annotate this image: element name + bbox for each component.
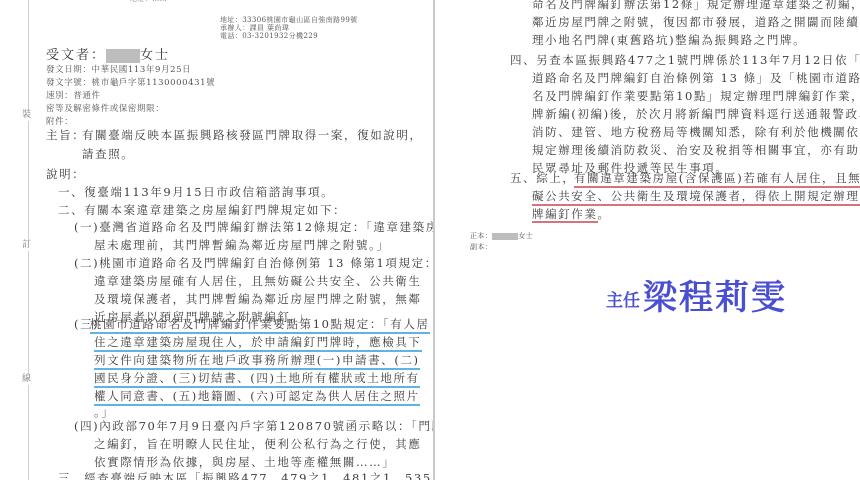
sub-item-3-highlighted: 國民身分證、(三)切結書、(四)土地所有權狀或土地所有 (94, 370, 420, 388)
sub-item-3-highlighted: 桃園市道路命名及門牌編釘作業要點第10點規定：「有人居 (90, 316, 430, 334)
explanation-item-5-end: 牌編釘作業。 (532, 206, 611, 222)
explanation-label: 說明： (46, 166, 85, 182)
security-level: 密等及解密條件或保密期限： (46, 103, 164, 116)
subject-line: 請查照。 (82, 146, 134, 162)
sub-item-3-highlighted: 列文件向建築物所在地戶政事務所辦理(一)申請書、(二) (94, 352, 420, 370)
sub-item-2-cont: 及環境保護者，其門牌暫編為鄰近房屋門牌之附號，無鄰 (94, 291, 422, 307)
explanation-item-3: 三、經查臺端反映本區「振興路477、479之1、481之1、535之1 (58, 470, 434, 480)
sub-item-1-cont: 屋未處理前，其門牌暫編為鄰近房屋門牌之附號。」 (94, 237, 390, 253)
redacted-name (492, 233, 518, 240)
recipient-label: 受文者： (46, 48, 106, 63)
redacted-name (106, 49, 140, 63)
sub-item-4-cont: 依實際情形為依據，與房屋、土地等產權無關……」 (94, 454, 395, 470)
binding-char: 裝 (22, 110, 31, 121)
sub-item-4: (四)內政部70年7月9日臺內戶字第120870號函示略以：「門牌 (74, 418, 434, 434)
cc-line: 正本：女士 (470, 232, 533, 241)
explanation-item-4-cont: 名及門牌編釘作業要點第10點」規定辦理門牌編釘作業，門 (532, 88, 860, 104)
signature-title: 主任 (606, 286, 640, 311)
explanation-item-1: 一、復臺端113年9月15日市政信箱諮詢事項。 (58, 184, 334, 200)
recipient-suffix: 女士 (140, 48, 170, 63)
speed-class: 速別：普通件 (46, 90, 101, 103)
continued-line: 鄰近房屋門牌之附號，復因都市發展，道路之開闢而陸續辦 (532, 14, 860, 30)
cc-suffix: 女士 (518, 232, 533, 240)
sub-item-3-highlighted: 權人同意書、(五)地籍圖、(六)可認定為供人居住之照片 (94, 388, 420, 406)
left-document-page: 裝 訂 線 地址：…… 地址：33306桃園市龜山區自強南路99號 承辦人：課員… (0, 0, 434, 480)
top-cut-text: 地址：…… (130, 0, 167, 4)
explanation-item-4-cont: 牌新編(初編)後，於次月將新編門牌資料逕行送通報警政、 (532, 106, 860, 122)
sub-item-3-highlighted: 住之違章建築房屋現住人，於申請編釘門牌時，應檢具下 (94, 334, 422, 352)
explanation-item-4: 四、另查本區振興路477之1號門牌係於113年7月12日依「桃園市 (510, 52, 860, 68)
continued-line: 命名及門牌編釘辦法第12條」規定辦理違章建築之初編，為 (532, 0, 860, 12)
sub-item-1: (一)臺灣省道路命名及門牌編釘辦法第12條規定：「違章建築房 (74, 219, 434, 235)
explanation-item-5-highlighted: 牌編釘作業 (532, 207, 598, 223)
page-separator (433, 0, 435, 480)
explanation-item-4-cont: 規定辦理後續消防救災、治安及稅捐等相關事宜，亦有助於 (532, 142, 860, 158)
sub-item-2-cont: 違章建築房屋確有人居住，且無妨礙公共安全、公共衛生 (94, 273, 422, 289)
cc-label: 正本： (470, 232, 492, 240)
signature-name: 梁程莉雯 (643, 270, 787, 319)
subject-label: 主旨： (46, 127, 85, 143)
explanation-item-5-highlighted: 有關違章建築房屋(含保護區)若確有人居住，且無妨 (574, 170, 860, 188)
sub-item-4-cont: 之編釘，旨在明瞭人民住址，便利公私行為之行使，其應 (94, 436, 422, 452)
binding-char: 訂 (22, 240, 31, 251)
period: 。 (598, 207, 611, 221)
explanation-item-5-prefix: 五、綜上， (510, 170, 576, 186)
explanation-item-5-highlighted: 礙公共安全、公共衛生及環境保護者，得依上開規定辦理門 (532, 188, 860, 206)
binding-char: 線 (22, 374, 31, 385)
right-document-page: 命名及門牌編釘辦法第12條」規定辦理違章建築之初編，為 鄰近房屋門牌之附號，復因… (436, 0, 860, 480)
continued-line: 理小地名門牌(東舊路坑)整編為振興路之門牌。 (532, 32, 806, 48)
issue-date: 發文日期：中華民國113年9月25日 (46, 64, 191, 77)
sub-item-2: (二)桃園市道路命名及門牌編釘自治條例第 13 條第1項規定：「 (74, 255, 434, 271)
recipient-line: 受文者：女士 (46, 44, 170, 63)
explanation-item-4-cont: 道路命名及門牌編釘自治條例第 13 條」及「桃園市道路命 (532, 70, 860, 86)
subject-line: 有關臺端反映本區振興路核發區門牌取得一案，復如說明， (82, 127, 423, 143)
explanation-item-2: 二、有關本案違章建築之房屋編釘門牌規定如下： (58, 202, 346, 218)
explanation-item-4-cont: 消防、建管、地方稅務局等機關知悉，除有利於他機關依其 (532, 124, 860, 140)
issue-number: 發文字號：桃市龜戶字第1130000431號 (46, 77, 215, 90)
copy-label: 副本： (470, 243, 492, 252)
contact-phone: 電話：03-3201932分機229 (220, 32, 318, 41)
